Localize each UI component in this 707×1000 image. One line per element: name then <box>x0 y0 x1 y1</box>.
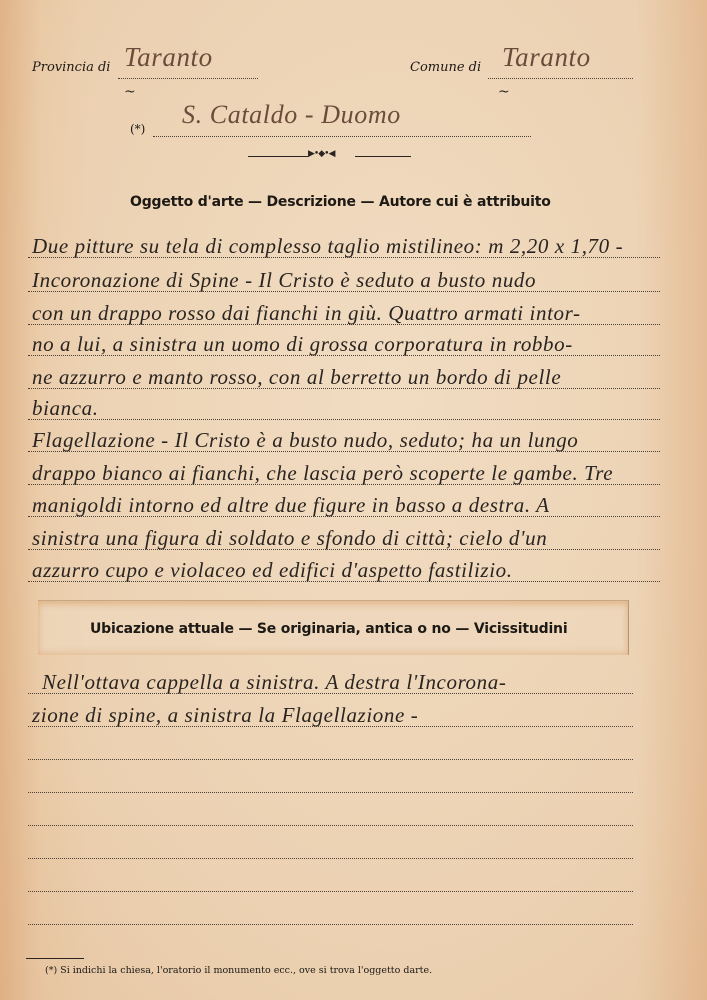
provincia-ornament: ~ <box>124 84 136 100</box>
rule-line <box>28 858 633 859</box>
rule-line <box>28 825 633 826</box>
location-value: S. Cataldo - Duomo <box>182 100 401 130</box>
footnote-marker: (*) <box>130 122 145 136</box>
description-line-10: sinistra una figura di soldato e sfondo … <box>32 526 547 551</box>
provincia-value: Taranto <box>124 42 213 73</box>
description-line-11: azzurro cupo e violaceo ed edifici d'asp… <box>32 558 513 583</box>
rule-line <box>28 924 633 925</box>
location-line-1: Nell'ottava cappella a sinistra. A destr… <box>42 670 506 695</box>
description-line-8: drappo bianco ai fianchi, che lascia per… <box>32 461 613 486</box>
description-line-5: ne azzurro e manto rosso, con al berrett… <box>32 365 561 390</box>
provincia-label: Provincia di <box>32 60 110 75</box>
description-line-2: Incoronazione di Spine - Il Cristo è sed… <box>32 268 536 293</box>
description-line-3: con un drappo rosso dai fianchi in giù. … <box>32 301 581 326</box>
description-line-4: no a lui, a sinistra un uomo di grossa c… <box>32 332 573 357</box>
divider-ornament-center: ▶•◆•◀ <box>308 149 334 159</box>
location-field-line <box>153 136 531 137</box>
divider-ornament-left <box>248 156 308 157</box>
description-line-9: manigoldi intorno ed altre due figure in… <box>32 493 550 518</box>
description-line-6: bianca. <box>32 396 99 421</box>
divider-ornament-right <box>355 156 411 157</box>
comune-field-line <box>488 78 633 79</box>
comune-ornament: ~ <box>498 84 510 100</box>
comune-label: Comune di <box>410 60 481 75</box>
rule-line <box>28 419 660 420</box>
description-line-7: Flagellazione - Il Cristo è a busto nudo… <box>32 428 578 453</box>
rule-line <box>28 891 633 892</box>
provincia-field-line <box>118 78 258 79</box>
footnote-rule <box>26 958 84 959</box>
location-heading: Ubicazione attuale — Se originaria, anti… <box>90 621 567 637</box>
rule-line <box>28 759 633 760</box>
comune-value: Taranto <box>502 42 591 73</box>
footnote-text: (*) Si indichi la chiesa, l'oratorio il … <box>45 965 432 976</box>
description-heading: Oggetto d'arte — Descrizione — Autore cu… <box>130 194 551 210</box>
description-line-1: Due pitture su tela di complesso taglio … <box>32 234 623 259</box>
location-line-2: zione di spine, a sinistra la Flagellazi… <box>32 703 418 728</box>
rule-line <box>28 792 633 793</box>
